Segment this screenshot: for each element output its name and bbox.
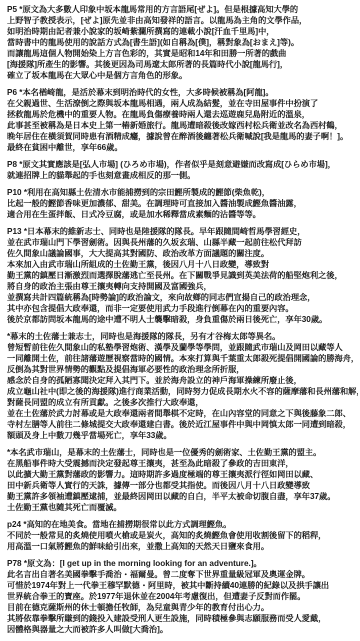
note-line: 適合用在生蛋拌飯、日式冷豆腐，或是加水稀釋當成素麵的沾醬等等。 bbox=[7, 209, 358, 220]
note-paragraph-p13: P13 *日本幕末的維新志士、同時也是陸援隊的隊長。早年跟隨間崎哲馬學習經史，並… bbox=[7, 226, 358, 325]
note-line: 目前在德克薩斯州的休士頓擔任牧師，為兒童與青少年的教育付出心力。 bbox=[7, 602, 358, 613]
note-paragraph-p24: p24 *高知的在地美食。當地在捕撈期很常以此方式調理鰹魚。不同於一般常見的炙燒… bbox=[7, 519, 358, 552]
note-paragraph-p8: P8 *原文其實應該是[弘人市場] (ひろめ市場)，作者似乎是刻意避嫌而改寫成[… bbox=[7, 159, 358, 181]
note-line: 並撰寫共計四篇統稱為[時勢論]的政治論文，來向故鄉的同志們宣揚自己的政治理念， bbox=[7, 292, 358, 303]
note-line: P13 *日本幕末的維新志士、同時也是陸援隊的隊長。早年跟隨間崎哲馬學習經史， bbox=[7, 226, 358, 237]
note-line: 並在武市瑞山門下學習劍術。因與長州藩的久坂玄瑞、山縣半藏一起前往松代拜訪 bbox=[7, 237, 358, 248]
note-paragraph-p6: P6 *本名楢崎龍，是活於幕末到明治時代的女性，大多時候被稱為[阿龍]。在父親過… bbox=[7, 87, 358, 153]
note-paragraph-note-kaientai-leader: *幕末的土佐藩士兼志士，同時也是海援隊的隊長，另有才谷梅太郎等異名。曾短暫前往佐… bbox=[7, 331, 358, 441]
note-line: 晚年居住在橫須賀同時患有酒精成癮，據說曾在醉酒後纏著松兵衛喊說[我是龍馬的妻子啊… bbox=[7, 131, 358, 142]
note-line: 而讓龍馬這個人物開始染上方言色彩的，其實是昭和14年和田勝一所著的戲曲 bbox=[7, 48, 358, 59]
note-line: 反倒為其對世界情勢的觀點及提倡海軍必要性的政治理念所折服， bbox=[7, 364, 358, 375]
note-line: 將自身的政治主張由尊王攘夷轉向支持開國及富國強兵， bbox=[7, 281, 358, 292]
note-line: 世界統合拳王的寶座。於1977年退休並在2004年考慮復出，但遭妻子反對而作罷。 bbox=[7, 591, 358, 602]
note-line: 田中新兵衛等人實行的天誅，據傳一部分也都受其指使。而後因八月十八日政變導致 bbox=[7, 480, 358, 491]
note-paragraph-p78: P78 *原文為：[I get up in the morning lookin… bbox=[7, 558, 358, 635]
note-line: 勤王黨的鎮壓日漸激烈而選擇脫藩逃亡至長州。在下關戰爭見識到英美法荷的船堅炮利之後… bbox=[7, 270, 358, 281]
note-line: 就連招牌上的貓舉起的手也刻意畫成相反的那一側。 bbox=[7, 170, 358, 181]
note-line: 最終在貧困中離世，享年66歲。 bbox=[7, 142, 358, 153]
note-line: 在黑船事件時大受震撼而決定發起尊王攘夷，甚至為此暗殺了參政的吉田東洋， bbox=[7, 458, 358, 469]
note-paragraph-note-takechi-zuizan: *本名武市瑞山，是幕末的土佐藩士，同時也是一位優秀的劍術家、土佐勤王黨的盟主。在… bbox=[7, 447, 358, 513]
note-line: 額頭及身上中數刀幾乎當場死亡，享年33歲。 bbox=[7, 430, 358, 441]
notes-list: P5 *原文為大多數人印象中坂本龍馬常用的方言語尾[ぜよ]。但是根據高知大學的上… bbox=[7, 4, 358, 635]
translation-notes-page: P5 *原文為大多數人印象中坂本龍馬常用的方言語尾[ぜよ]。但是根據高知大學的上… bbox=[0, 0, 360, 641]
note-line: 感念於自身的孤陋寡聞決定拜入其門下。並於海舟設立的神戶海軍操練所廢止後， bbox=[7, 375, 358, 386]
note-line: 後於京都訪問坂本龍馬的途中遭不明人士襲擊暗殺，身負重傷於兩日後死亡，享年30歲。 bbox=[7, 314, 358, 325]
note-line: 在父親過世、生活潦倒之際與坂本龍馬相遇，兩人成為結髮，並在寺田屋事件中扮演了 bbox=[7, 98, 358, 109]
note-line: P10 *利用在高知縣土佐清水市能捕撈到的宗田鰹所製成的鰹節(柴魚乾)， bbox=[7, 187, 358, 198]
note-line: 寺村左膳等人前往二條城提交大政奉還建白書。後於近江屋事件中與中岡慎太郎一同遭到暗… bbox=[7, 419, 358, 430]
note-line: 不同於一般常見的炙燒使用噴火槍或是炭火，高知的炙燒鰹魚會使用收割後留下的稻稈， bbox=[7, 530, 358, 541]
note-line: 因體格與器量之大而被許多人叫做[大喬治]。 bbox=[7, 624, 358, 635]
note-line: *本名武市瑞山，是幕末的土佐藩士，同時也是一位優秀的劍術家、土佐勤王黨的盟主。 bbox=[7, 447, 358, 458]
note-line: p24 *高知的在地美食。當地在捕撈期很常以此方式調理鰹魚。 bbox=[7, 519, 358, 530]
note-line: 當時書中的龍馬使用的說話方式為[書生語](如自稱為[僕]，稱對象為[おまえ]等)… bbox=[7, 37, 358, 48]
note-line: 確立了坂本龍馬在大眾心中是個方言角色的形象。 bbox=[7, 70, 358, 81]
note-line: P78 *原文為：[I get up in the morning lookin… bbox=[7, 558, 358, 569]
note-line: P6 *本名楢崎龍，是活於幕末到明治時代的女性，大多時候被稱為[阿龍]。 bbox=[7, 87, 358, 98]
note-line: 成立龜山社中(即之後的海援隊)進行商業活動，同時努力促成長期水火不容的薩摩藩和長… bbox=[7, 386, 358, 397]
note-line: 其將依靠拳擊所賺到的錢投入建設受刑人更生設施，同時積極參與志願服務而受人愛戴， bbox=[7, 613, 358, 624]
note-line: 並在土佐藩於武力討幕或是大政奉還兩者間舉棋不定時，在山內容堂的同意之下與後藤象二… bbox=[7, 408, 358, 419]
note-line: 用高溫一口氣將鰹魚的鮮味給引出來，並撒上高知的天然天日鹽來食用。 bbox=[7, 541, 358, 552]
note-line: 其中亦包含提倡大政奉還，而非一定要使用武力手段進行倒幕在內的重要內容。 bbox=[7, 303, 358, 314]
note-line: 可惜於1974年對上一代拳王穆罕默德・阿里時，被其中斷持續40連勝的紀錄以及拱手… bbox=[7, 580, 358, 591]
note-line: 佐久間象山議論國事，大大提高其對國防、政治改革方面議題的關注度。 bbox=[7, 248, 358, 259]
note-line: 拯救龍馬於危機中的重要人物。在龍馬負傷療養時兩人還去巡遊鹿兒島附近的溫泉， bbox=[7, 109, 358, 120]
note-line: 此名言出自著名美國拳擊手喬治・福爾曼。曾二度奪下世界重量級冠軍及奧運金牌。 bbox=[7, 569, 358, 580]
note-line: 本來加入由武市瑞山所組成的土佐勤王黨，後因八月十八日政變，導致對 bbox=[7, 259, 358, 270]
note-line: 一同離開土佐，前往諸藩遊歷視察當時的國情。本來打算與千葉重太郎殺死提倡開國論的勝… bbox=[7, 353, 358, 364]
note-line: 曾短暫前往佐久間象山的私塾學習炮術、漢學及蘭學等學問，並跟隨武市瑞山及岡田以藏等… bbox=[7, 342, 358, 353]
note-line: P8 *原文其實應該是[弘人市場] (ひろめ市場)，作者似乎是刻意避嫌而改寫成[… bbox=[7, 159, 358, 170]
note-line: 對薩長同盟的成立有所貢獻。之後多次推行大政奉還， bbox=[7, 397, 358, 408]
note-line: P5 *原文為大多數人印象中坂本龍馬常用的方言語尾[ぜよ]。但是根據高知大學的 bbox=[7, 4, 358, 15]
note-line: 以此擴大勤王黨對藩政的影響力。這時期許多過度極端的尊王攘夷派行徑如岡田以藏、 bbox=[7, 469, 358, 480]
note-line: [海援隊]所產生的影響。其後更因為司馬遼太郎所著的長篇時代小說[龍馬行]， bbox=[7, 59, 358, 70]
note-line: *幕末的土佐藩士兼志士，同時也是海援隊的隊長，另有才谷梅太郎等異名。 bbox=[7, 331, 358, 342]
note-line: 上野智子教授表示，[ぜよ]原先並非由高知發祥的語言。以龍馬為主角的文學作品， bbox=[7, 15, 358, 26]
note-line: 此事甚至被稱為是日本史上第一樁新婚旅行。龍馬遭暗殺後改嫁西村松兵衛並改名為西村鶴… bbox=[7, 120, 358, 131]
note-line: 土佐勤王黨也隨其死亡而覆滅。 bbox=[7, 502, 358, 513]
note-paragraph-p10: P10 *利用在高知縣土佐清水市能捕撈到的宗田鰹所製成的鰹節(柴魚乾)，比起一般… bbox=[7, 187, 358, 220]
note-line: 比起一般的鰹節香味更加濃郁、甜美。在調理時可直接加入醬油製成鰹魚醬油露， bbox=[7, 198, 358, 209]
note-paragraph-p5: P5 *原文為大多數人印象中坂本龍馬常用的方言語尾[ぜよ]。但是根據高知大學的上… bbox=[7, 4, 358, 81]
note-line: 如明治時期由記者兼小說家的坂崎紫瀾所撰寫的連載小說[汗血千里馬]中， bbox=[7, 26, 358, 37]
note-line: 勤王黨許多領袖遭鎮壓逮捕，並最終因岡田以藏的自白，半平太被命切腹自盡，享年37歲… bbox=[7, 491, 358, 502]
